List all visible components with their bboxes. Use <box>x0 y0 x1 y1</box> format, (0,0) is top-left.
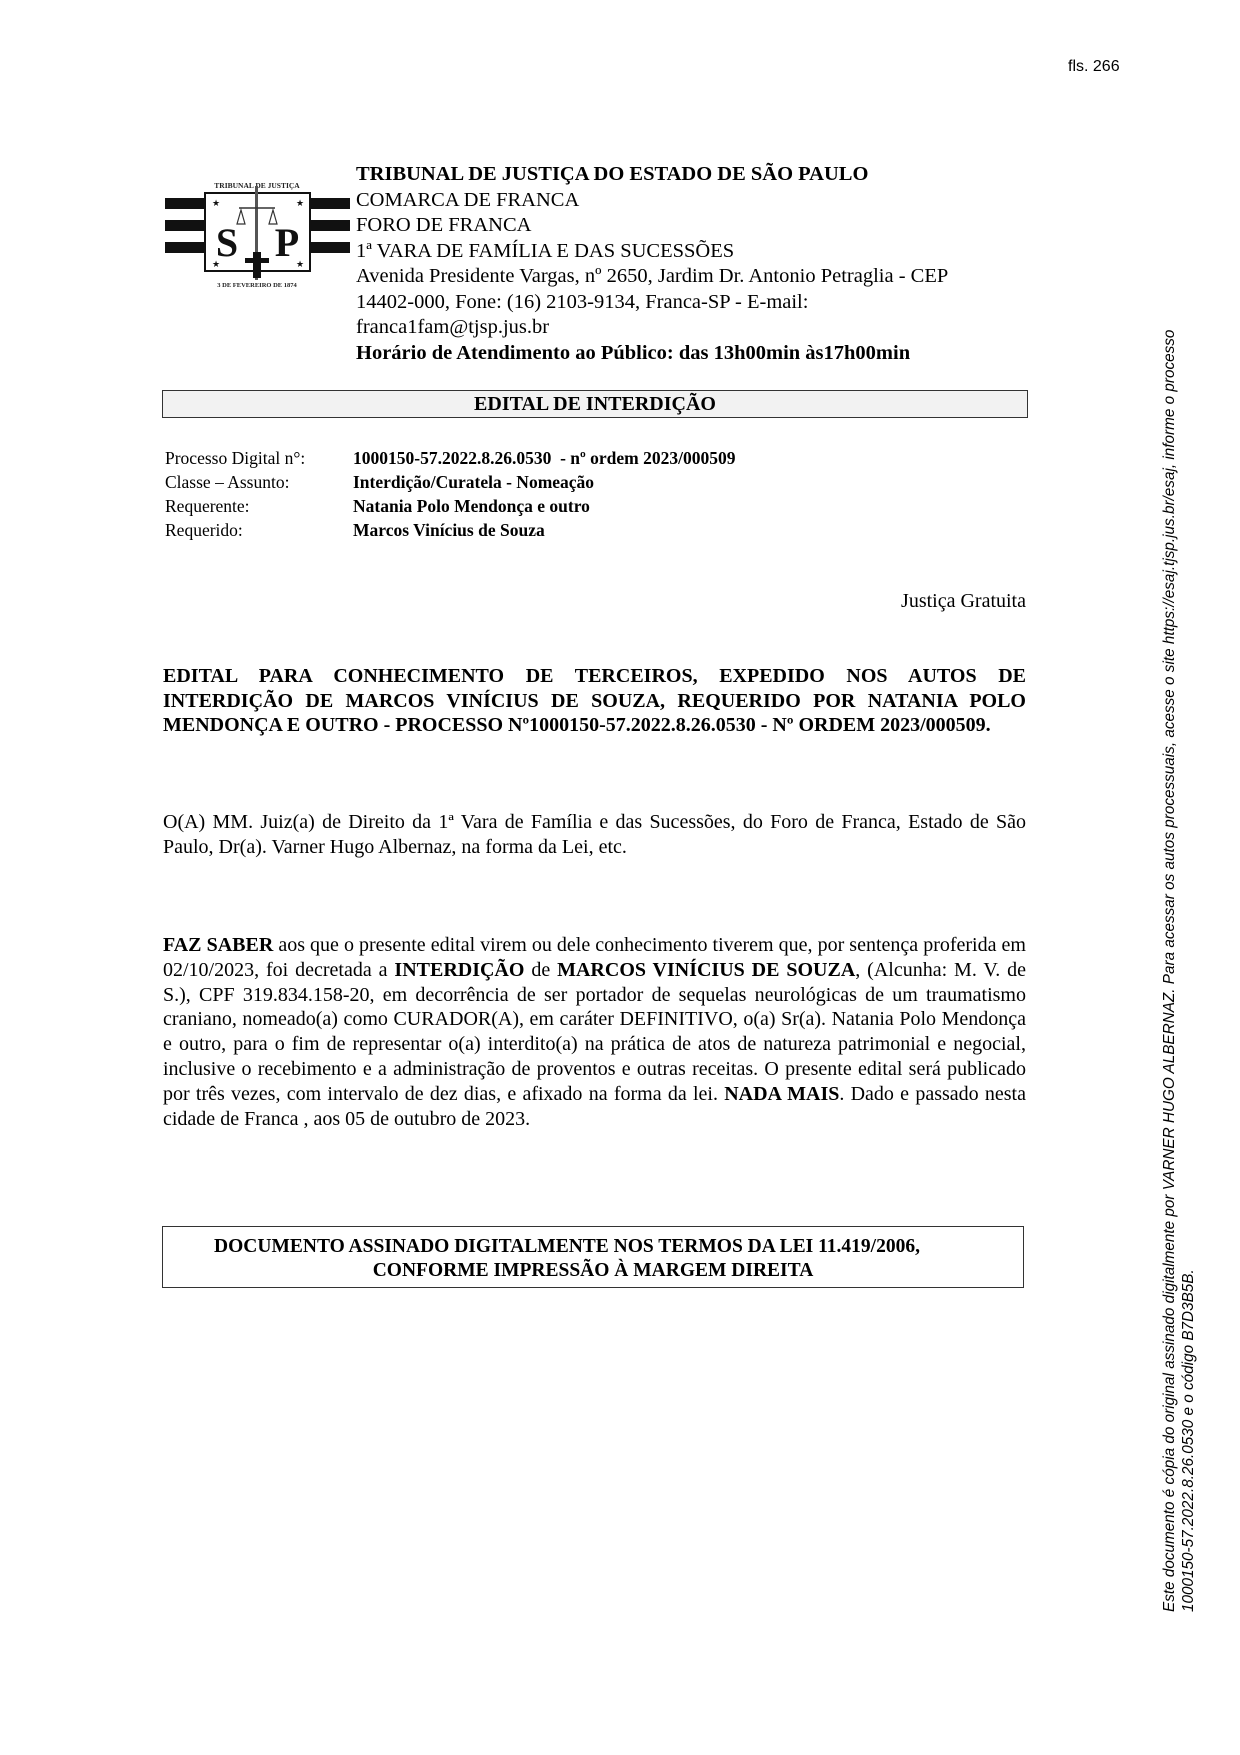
comarca: COMARCA DE FRANCA <box>356 188 948 214</box>
svg-text:★: ★ <box>212 198 220 208</box>
nada-mais: NADA MAIS <box>724 1083 839 1105</box>
case-info-label: Requerido: <box>165 518 353 542</box>
margin-note-line-2: 1000150-57.2022.8.26.0530 e o código B7D… <box>1179 330 1198 1612</box>
digital-signature-box: DOCUMENTO ASSINADO DIGITALMENTE NOS TERM… <box>162 1226 1024 1288</box>
case-info-value: Natania Polo Mendonça e outro <box>353 494 590 518</box>
address-line-2: 14402-000, Fone: (16) 2103-9134, Franca-… <box>356 290 948 316</box>
body-text-2: de <box>524 959 557 981</box>
case-info-row: Classe – Assunto: Interdição/Curatela - … <box>165 470 736 494</box>
judge-intro: O(A) MM. Juiz(a) de Direito da 1ª Vara d… <box>163 810 1026 859</box>
edital-heading: EDITAL PARA CONHECIMENTO DE TERCEIROS, E… <box>163 664 1026 738</box>
vara: 1ª VARA DE FAMÍLIA E DAS SUCESSÕES <box>356 239 948 265</box>
court-email: franca1fam@tjsp.jus.br <box>356 315 948 341</box>
svg-text:P: P <box>275 220 299 265</box>
signature-line-1: DOCUMENTO ASSINADO DIGITALMENTE NOS TERM… <box>163 1235 1023 1259</box>
tjsp-logo: TRIBUNAL DE JUSTIÇA ★ ★ ★ ★ S P 3 DE FEV… <box>165 150 350 290</box>
signature-line-2: CONFORME IMPRESSÃO À MARGEM DIREITA <box>163 1259 1023 1283</box>
case-info-label: Processo Digital n°: <box>165 446 353 470</box>
case-info-label: Classe – Assunto: <box>165 470 353 494</box>
document-page: fls. 266 TRIBUNAL DE JUSTIÇA ★ ★ ★ ★ S P <box>0 0 1240 1755</box>
case-info: Processo Digital n°: 1000150-57.2022.8.2… <box>165 446 736 542</box>
digital-signature-margin-note: Este documento é cópia do original assin… <box>1160 330 1198 1612</box>
interdicted-name: MARCOS VINÍCIUS DE SOUZA <box>557 959 855 981</box>
foro: FORO DE FRANCA <box>356 213 948 239</box>
svg-text:3 DE FEVEREIRO DE 1874: 3 DE FEVEREIRO DE 1874 <box>217 282 297 289</box>
case-info-row: Processo Digital n°: 1000150-57.2022.8.2… <box>165 446 736 470</box>
interdicao: INTERDIÇÃO <box>394 959 524 981</box>
edital-body: FAZ SABER aos que o presente edital vire… <box>163 933 1026 1131</box>
page-number: fls. 266 <box>1068 58 1120 76</box>
address-line-1: Avenida Presidente Vargas, nº 2650, Jard… <box>356 264 948 290</box>
case-info-label: Requerente: <box>165 494 353 518</box>
court-name: TRIBUNAL DE JUSTIÇA DO ESTADO DE SÃO PAU… <box>356 162 948 188</box>
case-info-value: Marcos Vinícius de Souza <box>353 518 545 542</box>
svg-text:★: ★ <box>296 198 304 208</box>
court-header: TRIBUNAL DE JUSTIÇA DO ESTADO DE SÃO PAU… <box>356 162 948 366</box>
document-title: EDITAL DE INTERDIÇÃO <box>162 390 1028 418</box>
faz-saber: FAZ SABER <box>163 934 273 956</box>
margin-note-line-1: Este documento é cópia do original assin… <box>1160 330 1179 1612</box>
office-hours: Horário de Atendimento ao Público: das 1… <box>356 341 948 367</box>
case-info-row: Requerente: Natania Polo Mendonça e outr… <box>165 494 736 518</box>
case-info-row: Requerido: Marcos Vinícius de Souza <box>165 518 736 542</box>
scales-of-justice-emblem-icon: TRIBUNAL DE JUSTIÇA ★ ★ ★ ★ S P 3 DE FEV… <box>165 150 350 290</box>
case-info-value: 1000150-57.2022.8.26.0530 - nº ordem 202… <box>353 446 736 470</box>
svg-text:S: S <box>216 220 238 265</box>
case-info-value: Interdição/Curatela - Nomeação <box>353 470 594 494</box>
free-justice-note: Justiça Gratuita <box>901 590 1026 613</box>
